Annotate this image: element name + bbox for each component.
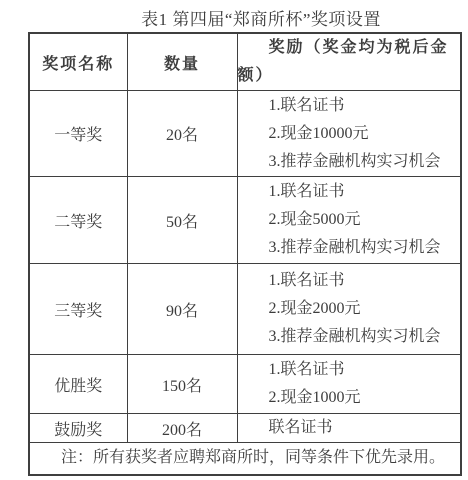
reward-line: 2.现金2000元 xyxy=(238,295,461,323)
awards-table: 奖项名称 数量 奖励（奖金均为税后金额） 一等奖 20名 1.联名证书 2.现金… xyxy=(28,32,462,476)
reward-line: 1.联名证书 xyxy=(238,178,461,206)
prize-name-cell: 优胜奖 xyxy=(29,355,127,414)
header-quantity: 数量 xyxy=(127,33,237,91)
quantity-cell: 90名 xyxy=(127,264,237,355)
reward-line: 联名证书 xyxy=(238,414,461,442)
reward-line: 2.现金5000元 xyxy=(238,206,461,234)
table-row-first-prize: 一等奖 20名 1.联名证书 2.现金10000元 3.推荐金融机构实习机会 xyxy=(29,91,461,177)
quantity-cell: 50名 xyxy=(127,177,237,264)
reward-line: 1.联名证书 xyxy=(238,356,461,384)
prize-name-cell: 一等奖 xyxy=(29,91,127,177)
quantity-cell: 150名 xyxy=(127,355,237,414)
table-row-second-prize: 二等奖 50名 1.联名证书 2.现金5000元 3.推荐金融机构实习机会 xyxy=(29,177,461,264)
reward-cell: 1.联名证书 2.现金1000元 xyxy=(237,355,461,414)
reward-cell: 1.联名证书 2.现金10000元 3.推荐金融机构实习机会 xyxy=(237,91,461,177)
table-caption: 表1 第四届“郑商所杯”奖项设置 xyxy=(28,5,462,30)
reward-line: 2.现金10000元 xyxy=(238,120,461,148)
reward-line: 3.推荐金融机构实习机会 xyxy=(238,234,461,262)
table-row-third-prize: 三等奖 90名 1.联名证书 2.现金2000元 3.推荐金融机构实习机会 xyxy=(29,264,461,355)
quantity-cell: 200名 xyxy=(127,414,237,443)
note-row: 注：所有获奖者应聘郑商所时，同等条件下优先录用。 xyxy=(29,443,461,475)
reward-line: 1.联名证书 xyxy=(238,92,461,120)
table-row-winner-prize: 优胜奖 150名 1.联名证书 2.现金1000元 xyxy=(29,355,461,414)
reward-cell: 1.联名证书 2.现金5000元 3.推荐金融机构实习机会 xyxy=(237,177,461,264)
header-reward: 奖励（奖金均为税后金额） xyxy=(237,33,461,91)
quantity-cell: 20名 xyxy=(127,91,237,177)
header-prize-name: 奖项名称 xyxy=(29,33,127,91)
prize-name-cell: 二等奖 xyxy=(29,177,127,264)
reward-line: 2.现金1000元 xyxy=(238,384,461,412)
table-row-encouragement-prize: 鼓励奖 200名 联名证书 xyxy=(29,414,461,443)
note-cell: 注：所有获奖者应聘郑商所时，同等条件下优先录用。 xyxy=(29,443,461,475)
reward-cell: 联名证书 xyxy=(237,414,461,443)
reward-line: 1.联名证书 xyxy=(238,267,461,295)
prize-name-cell: 鼓励奖 xyxy=(29,414,127,443)
prize-name-cell: 三等奖 xyxy=(29,264,127,355)
reward-line: 3.推荐金融机构实习机会 xyxy=(238,323,461,351)
reward-line: 3.推荐金融机构实习机会 xyxy=(238,148,461,176)
header-row: 奖项名称 数量 奖励（奖金均为税后金额） xyxy=(29,33,461,91)
reward-cell: 1.联名证书 2.现金2000元 3.推荐金融机构实习机会 xyxy=(237,264,461,355)
